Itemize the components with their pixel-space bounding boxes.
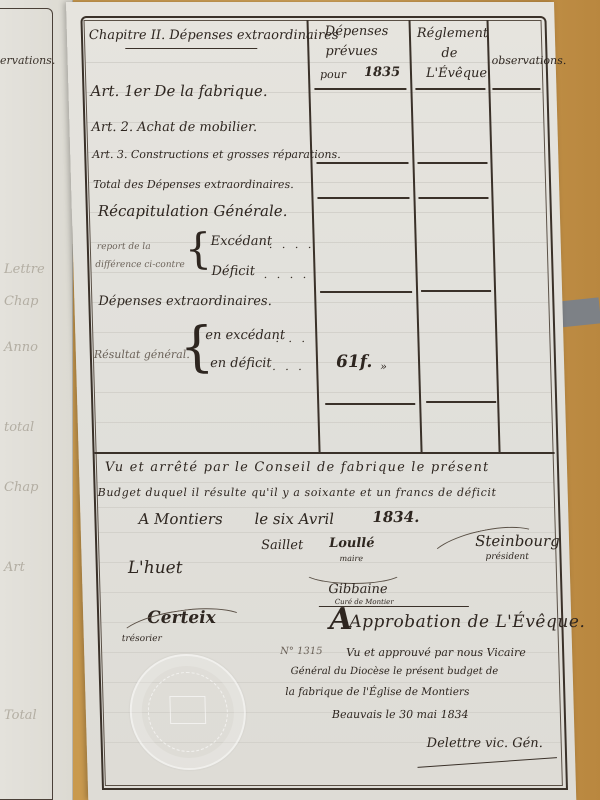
bleed-text: Chap bbox=[4, 480, 38, 495]
resolution-line-2: Budget duquel il résulte qu'il y a soixa… bbox=[98, 486, 497, 499]
approval-line-2: Général du Diocèse le présent budget de bbox=[291, 666, 499, 677]
resultat-deficit: en déficit bbox=[210, 356, 272, 371]
approval-title: Approbation de L'Évêque. bbox=[349, 612, 586, 632]
row-label-art1: Art. 1er De la fabrique. bbox=[90, 82, 268, 100]
table-bottom-rule bbox=[95, 452, 555, 454]
resultat-excedant: en excédant bbox=[205, 328, 285, 343]
resolution-line-1: Vu et arrêté par le Conseil de fabrique … bbox=[105, 460, 490, 475]
row-label-art2: Art. 2. Achat de mobilier. bbox=[91, 120, 257, 135]
previous-page-frame bbox=[0, 8, 53, 800]
resolution-place: A Montiers bbox=[138, 510, 223, 528]
deficit-cents: » bbox=[380, 360, 387, 373]
chapter-title: Chapitre II. Dépenses extraordinaires bbox=[89, 28, 339, 43]
approval-line-3: la fabrique de l'Église de Montiers bbox=[285, 686, 469, 698]
column-header-depenses-3: pour bbox=[320, 68, 346, 81]
approval-signature: Delettre vic. Gén. bbox=[427, 736, 544, 751]
resolution-year: 1834. bbox=[372, 508, 419, 526]
bleed-text: Lettre bbox=[4, 262, 45, 277]
approval-line-4: Beauvais le 30 mai 1834 bbox=[332, 708, 469, 721]
column-header-depenses-1: Dépenses bbox=[325, 24, 389, 39]
recap-side-label-2: différence ci-contre bbox=[95, 260, 185, 270]
bleed-text: Total bbox=[4, 708, 37, 723]
brace: { bbox=[184, 228, 212, 270]
recap-depenses-extraordinaires: Dépenses extraordinaires. bbox=[98, 294, 272, 309]
approval-line-1: Vu et approuvé par nous Vicaire bbox=[346, 646, 526, 659]
signature: Saillet bbox=[261, 538, 303, 553]
resultat-general-label: Résultat général. bbox=[94, 348, 190, 361]
column-header-reglement-2: de bbox=[441, 46, 457, 61]
bleed-text: Chap bbox=[4, 294, 38, 309]
budget-page: Chapitre II. Dépenses extraordinaires Dé… bbox=[66, 2, 576, 800]
previous-page: ervations. Lettre Chap Anno total Chap A… bbox=[0, 0, 73, 800]
signature: L'huet bbox=[128, 558, 183, 578]
column-header-depenses-2: prévues bbox=[325, 44, 378, 59]
column-header-observations: observations. bbox=[491, 54, 566, 67]
bleed-text: total bbox=[4, 420, 34, 435]
recap-deficit: Déficit bbox=[211, 264, 255, 279]
column-header-year: 1835 bbox=[364, 65, 401, 80]
signature: Gibbaine bbox=[328, 582, 388, 597]
column-header-reglement-3: L'Évêque bbox=[426, 66, 488, 81]
recap-title: Récapitulation Générale. bbox=[98, 202, 288, 220]
signature: Loullé bbox=[329, 536, 375, 551]
recap-side-label-1: report de la bbox=[97, 242, 151, 252]
row-label-art3: Art. 3. Constructions et grosses réparat… bbox=[92, 148, 341, 161]
recap-excedant: Excédant bbox=[210, 234, 272, 249]
column-header-reglement-1: Réglement bbox=[417, 26, 489, 41]
approval-number: N° 1315 bbox=[280, 646, 323, 657]
resolution-date: le six Avril bbox=[254, 510, 334, 528]
bleed-text: Art bbox=[4, 560, 25, 575]
deficit-amount: 61f. bbox=[336, 352, 373, 372]
bleed-text: Anno bbox=[4, 340, 38, 355]
previous-page-header: ervations. bbox=[0, 54, 55, 67]
row-label-total: Total des Dépenses extraordinaires. bbox=[93, 178, 294, 191]
